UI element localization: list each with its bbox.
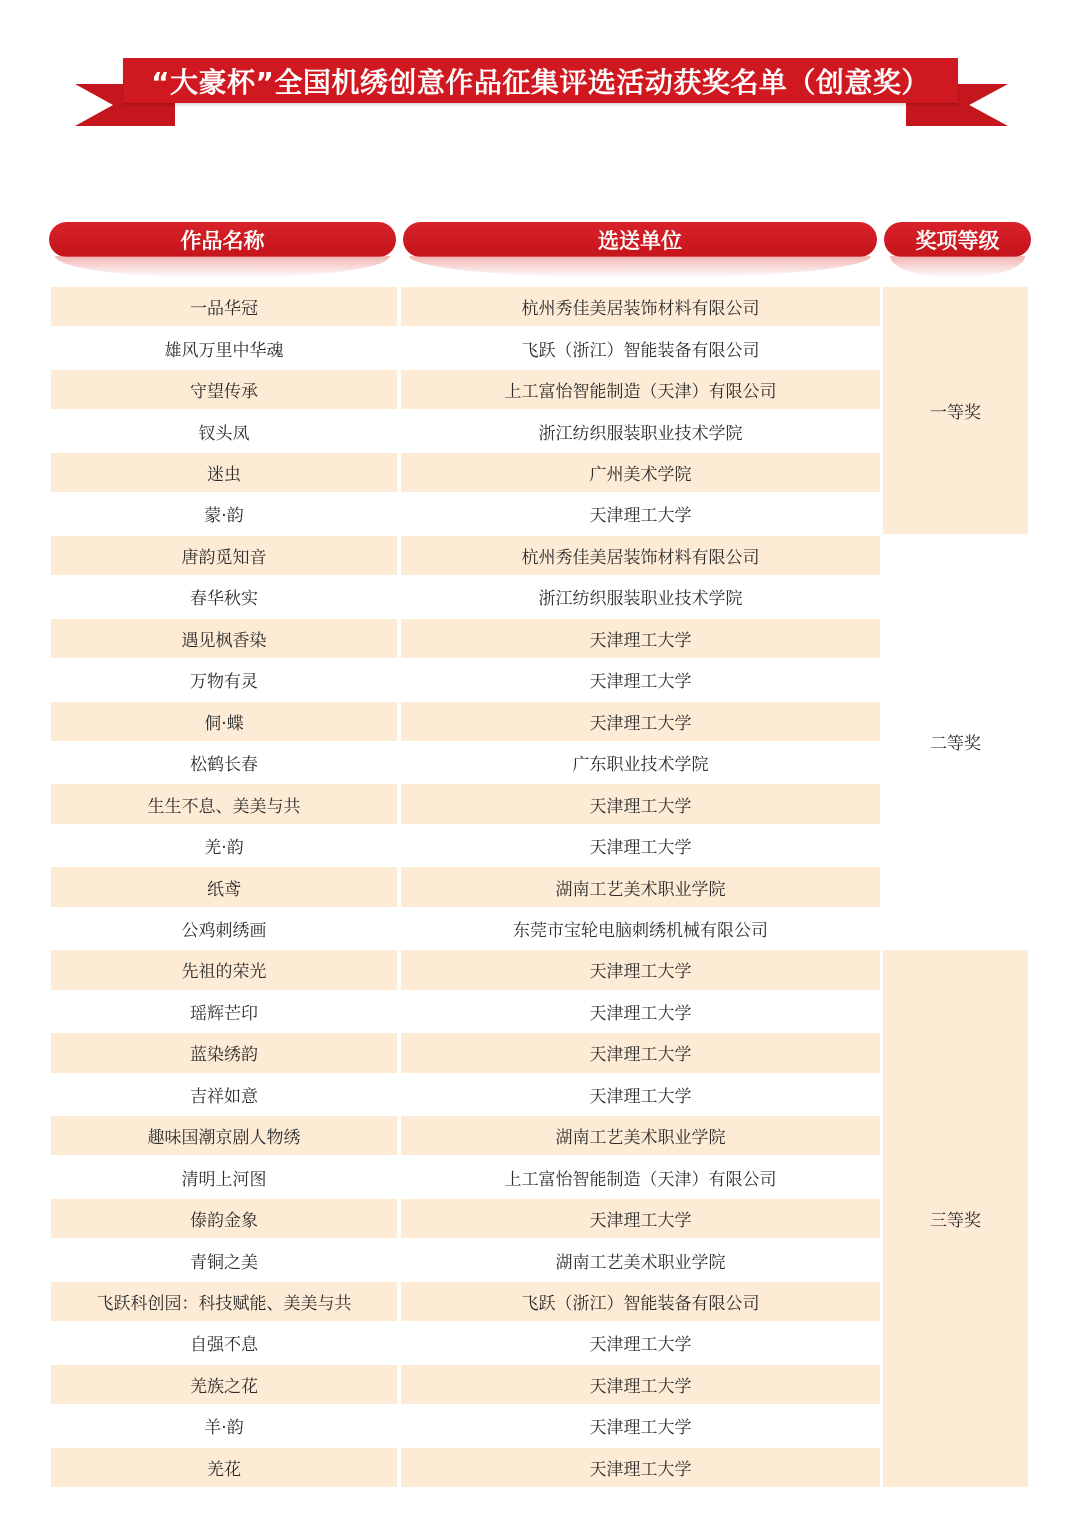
unit-cell: 天津理工大学: [401, 702, 880, 741]
unit-cell: 浙江纺织服装职业技术学院: [401, 411, 880, 450]
work-name-cell: 自强不息: [51, 1323, 397, 1362]
unit-cell: 上工富怡智能制造（天津）有限公司: [401, 1157, 880, 1196]
work-name-cell: 侗·蝶: [51, 702, 397, 741]
work-name-cell: 傣韵金象: [51, 1199, 397, 1238]
unit-cell: 湖南工艺美术职业学院: [401, 1240, 880, 1279]
work-name-cell: 瑶辉芒印: [51, 992, 397, 1031]
work-name-cell: 遇见枫香染: [51, 619, 397, 658]
work-name-cell: 纸鸢: [51, 867, 397, 906]
unit-cell: 天津理工大学: [401, 1448, 880, 1487]
work-name-cell: 羌·韵: [51, 826, 397, 865]
unit-cell: 天津理工大学: [401, 1406, 880, 1445]
work-name-cell: 青铜之美: [51, 1240, 397, 1279]
work-name-cell: 羌族之花: [51, 1365, 397, 1404]
unit-cell: 浙江纺织服装职业技术学院: [401, 577, 880, 616]
unit-cell: 广东职业技术学院: [401, 743, 880, 782]
award-level-cell: 一等奖: [883, 287, 1028, 534]
column-header-work-name: 作品名称: [49, 222, 396, 257]
work-name-cell: 吉祥如意: [51, 1075, 397, 1114]
unit-cell: 上工富怡智能制造（天津）有限公司: [401, 370, 880, 409]
page-title: “大豪杯”全国机绣创意作品征集评选活动获奖名单（创意奖）: [151, 61, 930, 101]
work-name-cell: 清明上河图: [51, 1157, 397, 1196]
unit-cell: 天津理工大学: [401, 1365, 880, 1404]
work-name-cell: 唐韵觅知音: [51, 536, 397, 575]
unit-cell: 湖南工艺美术职业学院: [401, 867, 880, 906]
unit-cell: 杭州秀佳美居装饰材料有限公司: [401, 287, 880, 326]
unit-cell: 天津理工大学: [401, 494, 880, 533]
column-header-unit: 选送单位: [403, 222, 877, 257]
title-banner: “大豪杯”全国机绣创意作品征集评选活动获奖名单（创意奖）: [0, 0, 1080, 140]
column-header-award-level: 奖项等级: [884, 222, 1031, 257]
work-name-cell: 一品华冠: [51, 287, 397, 326]
unit-cell: 天津理工大学: [401, 1323, 880, 1362]
work-name-cell: 先祖的荣光: [51, 950, 397, 989]
award-level-cell: 三等奖: [883, 950, 1028, 1487]
work-name-cell: 飞跃科创园：科技赋能、美美与共: [51, 1282, 397, 1321]
work-name-cell: 羊·韵: [51, 1406, 397, 1445]
unit-cell: 湖南工艺美术职业学院: [401, 1116, 880, 1155]
unit-cell: 天津理工大学: [401, 619, 880, 658]
unit-cell: 杭州秀佳美居装饰材料有限公司: [401, 536, 880, 575]
unit-cell: 天津理工大学: [401, 950, 880, 989]
work-name-cell: 蓝染绣韵: [51, 1033, 397, 1072]
unit-cell: 天津理工大学: [401, 1033, 880, 1072]
work-name-cell: 钗头凤: [51, 411, 397, 450]
header-reflection: [890, 256, 1025, 278]
work-name-cell: 羌花: [51, 1448, 397, 1487]
unit-cell: 天津理工大学: [401, 1199, 880, 1238]
unit-cell: 东莞市宝轮电脑刺绣机械有限公司: [401, 909, 880, 948]
work-name-cell: 公鸡刺绣画: [51, 909, 397, 948]
unit-cell: 飞跃（浙江）智能装备有限公司: [401, 1282, 880, 1321]
header-reflection: [409, 256, 871, 278]
header-reflection: [55, 256, 390, 278]
unit-cell: 天津理工大学: [401, 784, 880, 823]
work-name-cell: 春华秋实: [51, 577, 397, 616]
ribbon-main: “大豪杯”全国机绣创意作品征集评选活动获奖名单（创意奖）: [123, 58, 958, 103]
work-name-cell: 万物有灵: [51, 660, 397, 699]
unit-cell: 天津理工大学: [401, 1075, 880, 1114]
work-name-cell: 蒙·韵: [51, 494, 397, 533]
unit-cell: 广州美术学院: [401, 453, 880, 492]
work-name-cell: 守望传承: [51, 370, 397, 409]
award-level-cell: 二等奖: [883, 536, 1028, 949]
work-name-cell: 迷虫: [51, 453, 397, 492]
unit-cell: 天津理工大学: [401, 660, 880, 699]
unit-cell: 天津理工大学: [401, 826, 880, 865]
work-name-cell: 雄风万里中华魂: [51, 328, 397, 367]
work-name-cell: 生生不息、美美与共: [51, 784, 397, 823]
work-name-cell: 松鹤长春: [51, 743, 397, 782]
unit-cell: 天津理工大学: [401, 992, 880, 1031]
unit-cell: 飞跃（浙江）智能装备有限公司: [401, 328, 880, 367]
work-name-cell: 趣味国潮京剧人物绣: [51, 1116, 397, 1155]
